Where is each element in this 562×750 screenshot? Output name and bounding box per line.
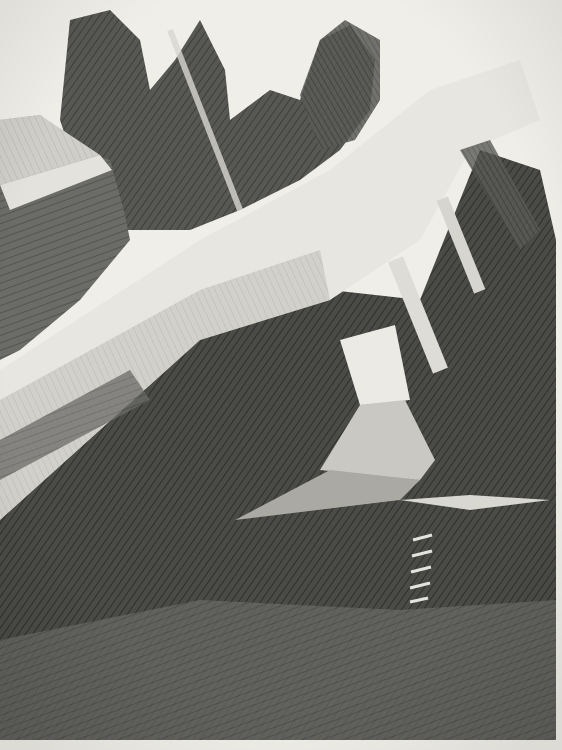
sketch-illustration (0, 0, 562, 750)
pencil-sketch-artwork (0, 0, 562, 750)
